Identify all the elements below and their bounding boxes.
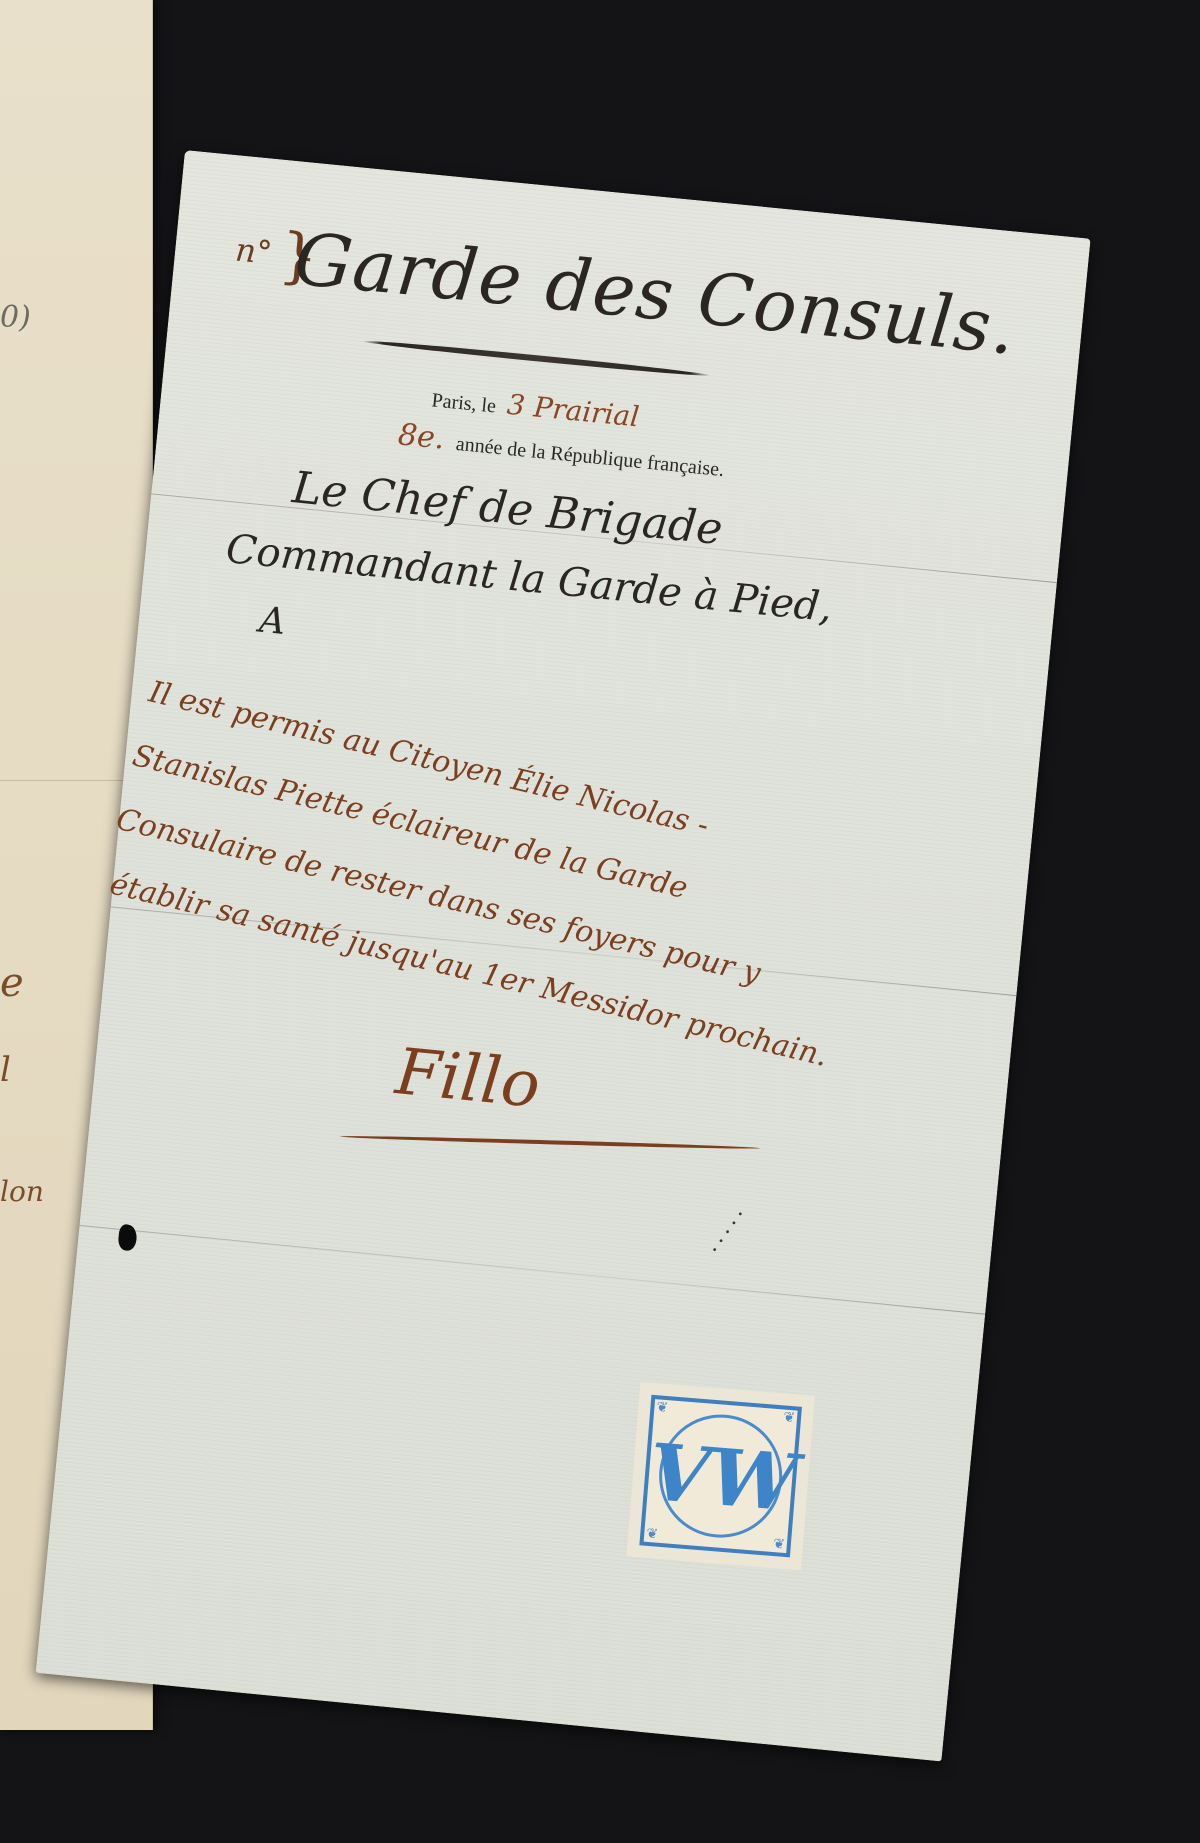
ink-dots: ····· — [703, 1201, 755, 1260]
left-sheet-fragment: l — [0, 1050, 11, 1090]
number-label: n° — [234, 230, 274, 271]
left-sheet-fragment: lon — [0, 1175, 44, 1208]
document-heading: Garde des Consuls. — [291, 216, 1020, 370]
issuer-line-2: Commandant la Garde à Pied, — [224, 526, 834, 631]
document-sheet: n°} Garde des Consuls. Paris, le 3 Prair… — [36, 150, 1091, 1761]
stamp-corner-ornament: ❦ — [783, 1409, 796, 1426]
signature-flourish — [340, 1134, 760, 1150]
ornamental-rule — [362, 338, 711, 378]
left-sheet-fragment: e — [0, 960, 24, 1006]
monogram-stamp: ❦ ❦ ❦ ❦ VW — [639, 1395, 802, 1558]
ink-blot — [117, 1224, 137, 1252]
stamp-monogram: VW — [646, 1427, 796, 1529]
dateline-printed: Paris, le — [431, 389, 497, 417]
fold-line — [80, 1225, 986, 1315]
yearline: 8e.année de la République française. — [397, 417, 727, 484]
yearline-handwritten-year: 8e. — [397, 417, 447, 456]
dateline-handwritten-date: 3 Prairial — [506, 388, 641, 434]
left-sheet-fragment: 0) — [0, 300, 31, 335]
stamp-corner-ornament: ❦ — [646, 1526, 659, 1543]
stamp-corner-ornament: ❦ — [656, 1399, 669, 1416]
yearline-printed: année de la République française. — [455, 433, 725, 481]
addressee-prefix: A — [257, 600, 287, 643]
stamp-corner-ornament: ❦ — [772, 1536, 785, 1553]
signature: Fillo — [392, 1035, 543, 1123]
stamp-paper: ❦ ❦ ❦ ❦ VW — [626, 1382, 814, 1570]
